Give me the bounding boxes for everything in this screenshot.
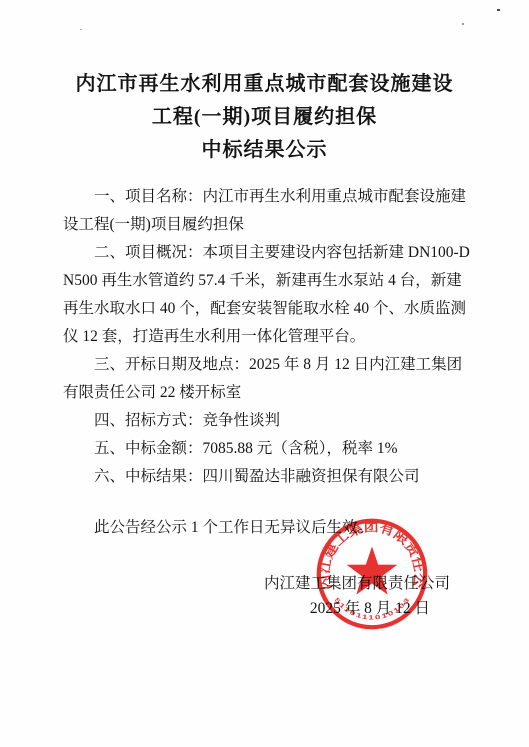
document-body: 一、项目名称：内江市再生水利用重点城市配套设施建 设工程(一期)项目履约担保 二… <box>0 183 529 542</box>
title-line-2: 工程(一期)项目履约担保 <box>0 101 529 134</box>
body-line-award-amount: 五、中标金额：7085.88 元（含税），税率 1% <box>63 435 467 463</box>
body-line-overview-4: 仪 12 套，打造再生水利用一体化管理平台。 <box>63 323 467 351</box>
body-line-tender-method: 四、招标方式：竞争性谈判 <box>63 407 467 435</box>
scan-speck <box>497 9 500 11</box>
document-title: 内江市再生水利用重点城市配套设施建设 工程(一期)项目履约担保 中标结果公示 <box>0 0 529 167</box>
scan-speck <box>462 23 464 25</box>
body-line-bid-date-1: 三、开标日期及地点：2025 年 8 月 12 日内江建工集团 <box>63 351 467 379</box>
body-line-bid-date-2: 有限责任公司 22 楼开标室 <box>63 379 467 407</box>
announcement-page: 内江市再生水利用重点城市配套设施建设 工程(一期)项目履约担保 中标结果公示 一… <box>0 0 529 747</box>
title-line-3: 中标结果公示 <box>0 134 529 167</box>
body-line-overview-1: 二、项目概况：本项目主要建设内容包括新建 DN100-D <box>63 239 467 267</box>
effective-note: 此公告经公示 1 个工作日无异议后生效。 <box>63 514 467 542</box>
body-line-award-result: 六、中标结果：四川蜀盈达非融资担保有限公司 <box>63 463 467 491</box>
body-line-project-name-1: 一、项目名称：内江市再生水利用重点城市配套设施建 <box>63 183 467 211</box>
signature-date: 2025 年 8 月 12 日 <box>310 597 430 621</box>
body-line-project-name-2: 设工程(一期)项目履约担保 <box>63 211 467 239</box>
signature-company: 内江建工集团有限责任公司 <box>264 572 450 596</box>
scan-speck <box>80 29 82 30</box>
body-line-overview-2: N500 再生水管道约 57.4 千米，新建再生水泵站 4 台，新建 <box>63 267 467 295</box>
title-line-1: 内江市再生水利用重点城市配套设施建设 <box>0 68 529 101</box>
body-line-overview-3: 再生水取水口 40 个，配套安装智能取水栓 40 个、水质监测 <box>63 295 467 323</box>
